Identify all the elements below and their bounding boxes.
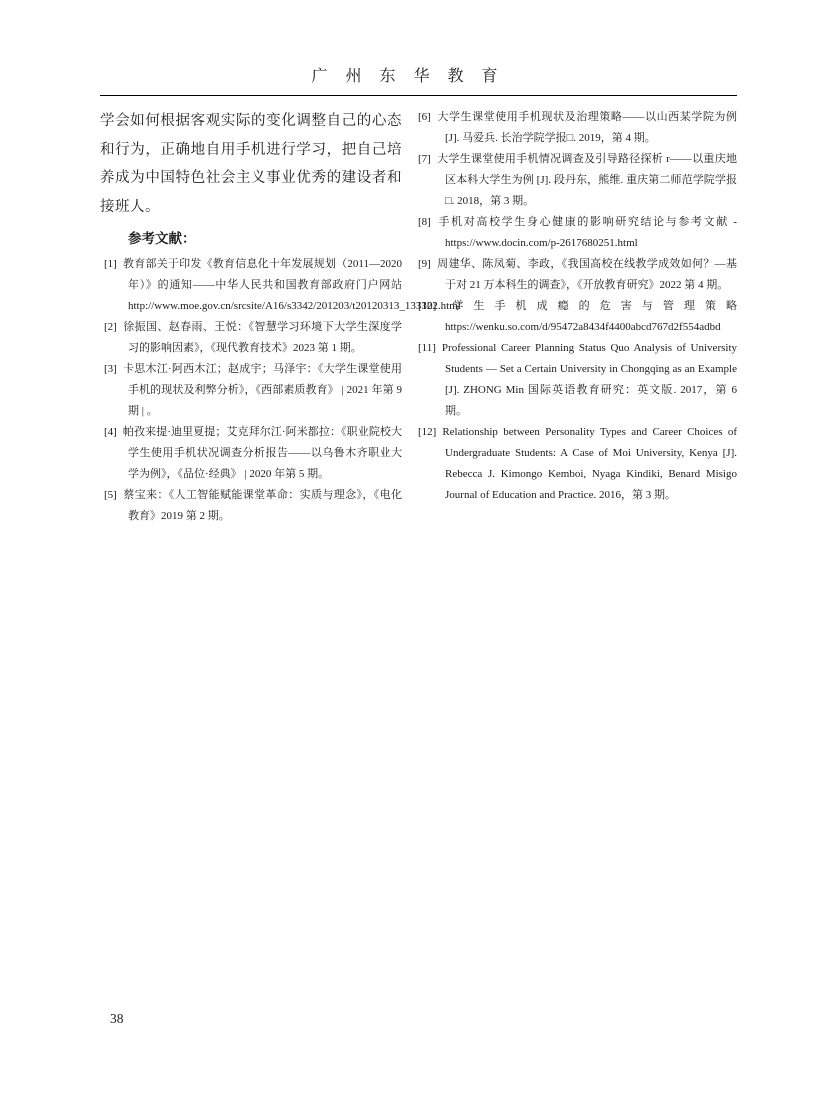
page-number: 38 <box>110 1011 124 1027</box>
reference-label: [11] <box>418 342 436 354</box>
reference-label: [3] <box>104 363 117 375</box>
journal-title: 广 州 东 华 教 育 <box>0 63 816 86</box>
reference-item: [10]学生手机成瘾的危害与管理策略 https://wenku.so.com/… <box>415 296 737 338</box>
reference-label: [7] <box>418 153 431 165</box>
reference-label: [2] <box>104 321 117 333</box>
reference-text: 卡思木江·阿西木江；赵成宇；马泽宇：《大学生课堂使用手机的现状及利弊分析》，《西… <box>123 363 402 417</box>
header-divider <box>100 95 737 96</box>
reference-item: [8]手机对高校学生身心健康的影响研究结论与参考文献 - https://www… <box>415 212 737 254</box>
reference-item: [2]徐振国、赵春雨、王悦：《智慧学习环境下大学生深度学习的影响因素》，《现代教… <box>100 317 402 359</box>
reference-text: 教育部关于印发《教育信息化十年发展规划（2011—2020年）》的通知——中华人… <box>123 258 461 312</box>
reference-label: [10] <box>418 300 436 312</box>
reference-text: 手机对高校学生身心健康的影响研究结论与参考文献 - https://www.do… <box>437 216 737 249</box>
document-page: 广 州 东 华 教 育 学会如何根据客观实际的变化调整自己的心态和行为，正确地自… <box>0 0 816 1119</box>
body-paragraph: 学会如何根据客观实际的变化调整自己的心态和行为，正确地自用手机进行学习，把自己培… <box>100 107 402 221</box>
reference-item: [6]大学生课堂使用手机现状及治理策略——以山西某学院为例 [J]. 马爱兵. … <box>415 107 737 149</box>
reference-label: [12] <box>418 426 436 438</box>
reference-item: [3]卡思木江·阿西木江；赵成宇；马泽宇：《大学生课堂使用手机的现状及利弊分析》… <box>100 359 402 422</box>
reference-item: [7]大学生课堂使用手机情况调查及引导路径探析 r——以重庆地区本科大学生为例 … <box>415 149 737 212</box>
reference-item: [9]周建华、陈凤菊、李政，《我国高校在线教学成效如何？—基于对 21 万本科生… <box>415 254 737 296</box>
left-column: 学会如何根据客观实际的变化调整自己的心态和行为，正确地自用手机进行学习，把自己培… <box>100 107 402 527</box>
reference-item: [5]蔡宝来：《人工智能赋能课堂革命：实质与理念》，《电化教育》2019 第 2… <box>100 485 402 527</box>
reference-list-left: [1]教育部关于印发《教育信息化十年发展规划（2011—2020年）》的通知——… <box>100 254 402 527</box>
reference-text: 帕孜来提·迪里夏提；艾克拜尔江·阿米都拉：《职业院校大学生使用手机状况调查分析报… <box>123 426 402 480</box>
reference-label: [8] <box>418 216 431 228</box>
reference-text: 大学生课堂使用手机情况调查及引导路径探析 r——以重庆地区本科大学生为例 [J]… <box>437 153 737 207</box>
reference-text: Professional Career Planning Status Quo … <box>442 342 737 417</box>
reference-item: [12]Relationship between Personality Typ… <box>415 422 737 506</box>
page-content: 学会如何根据客观实际的变化调整自己的心态和行为，正确地自用手机进行学习，把自己培… <box>100 107 737 527</box>
reference-label: [5] <box>104 489 117 501</box>
right-column: [6]大学生课堂使用手机现状及治理策略——以山西某学院为例 [J]. 马爱兵. … <box>415 107 737 506</box>
reference-item: [4]帕孜来提·迪里夏提；艾克拜尔江·阿米都拉：《职业院校大学生使用手机状况调查… <box>100 422 402 485</box>
references-heading: 参考文献： <box>128 228 402 249</box>
reference-text: 周建华、陈凤菊、李政，《我国高校在线教学成效如何？—基于对 21 万本科生的调查… <box>437 258 737 291</box>
reference-text: 蔡宝来：《人工智能赋能课堂革命：实质与理念》，《电化教育》2019 第 2 期。 <box>123 489 402 522</box>
reference-label: [4] <box>104 426 117 438</box>
reference-text: Relationship between Personality Types a… <box>442 426 737 501</box>
reference-list-right: [6]大学生课堂使用手机现状及治理策略——以山西某学院为例 [J]. 马爱兵. … <box>415 107 737 506</box>
reference-text: 大学生课堂使用手机现状及治理策略——以山西某学院为例 [J]. 马爱兵. 长治学… <box>437 111 737 144</box>
reference-text: 学生手机成瘾的危害与管理策略 https://wenku.so.com/d/95… <box>442 300 737 333</box>
reference-item: [11]Professional Career Planning Status … <box>415 338 737 422</box>
reference-label: [1] <box>104 258 117 270</box>
reference-text: 徐振国、赵春雨、王悦：《智慧学习环境下大学生深度学习的影响因素》，《现代教育技术… <box>123 321 402 354</box>
reference-label: [9] <box>418 258 431 270</box>
reference-label: [6] <box>418 111 431 123</box>
reference-item: [1]教育部关于印发《教育信息化十年发展规划（2011—2020年）》的通知——… <box>100 254 402 317</box>
